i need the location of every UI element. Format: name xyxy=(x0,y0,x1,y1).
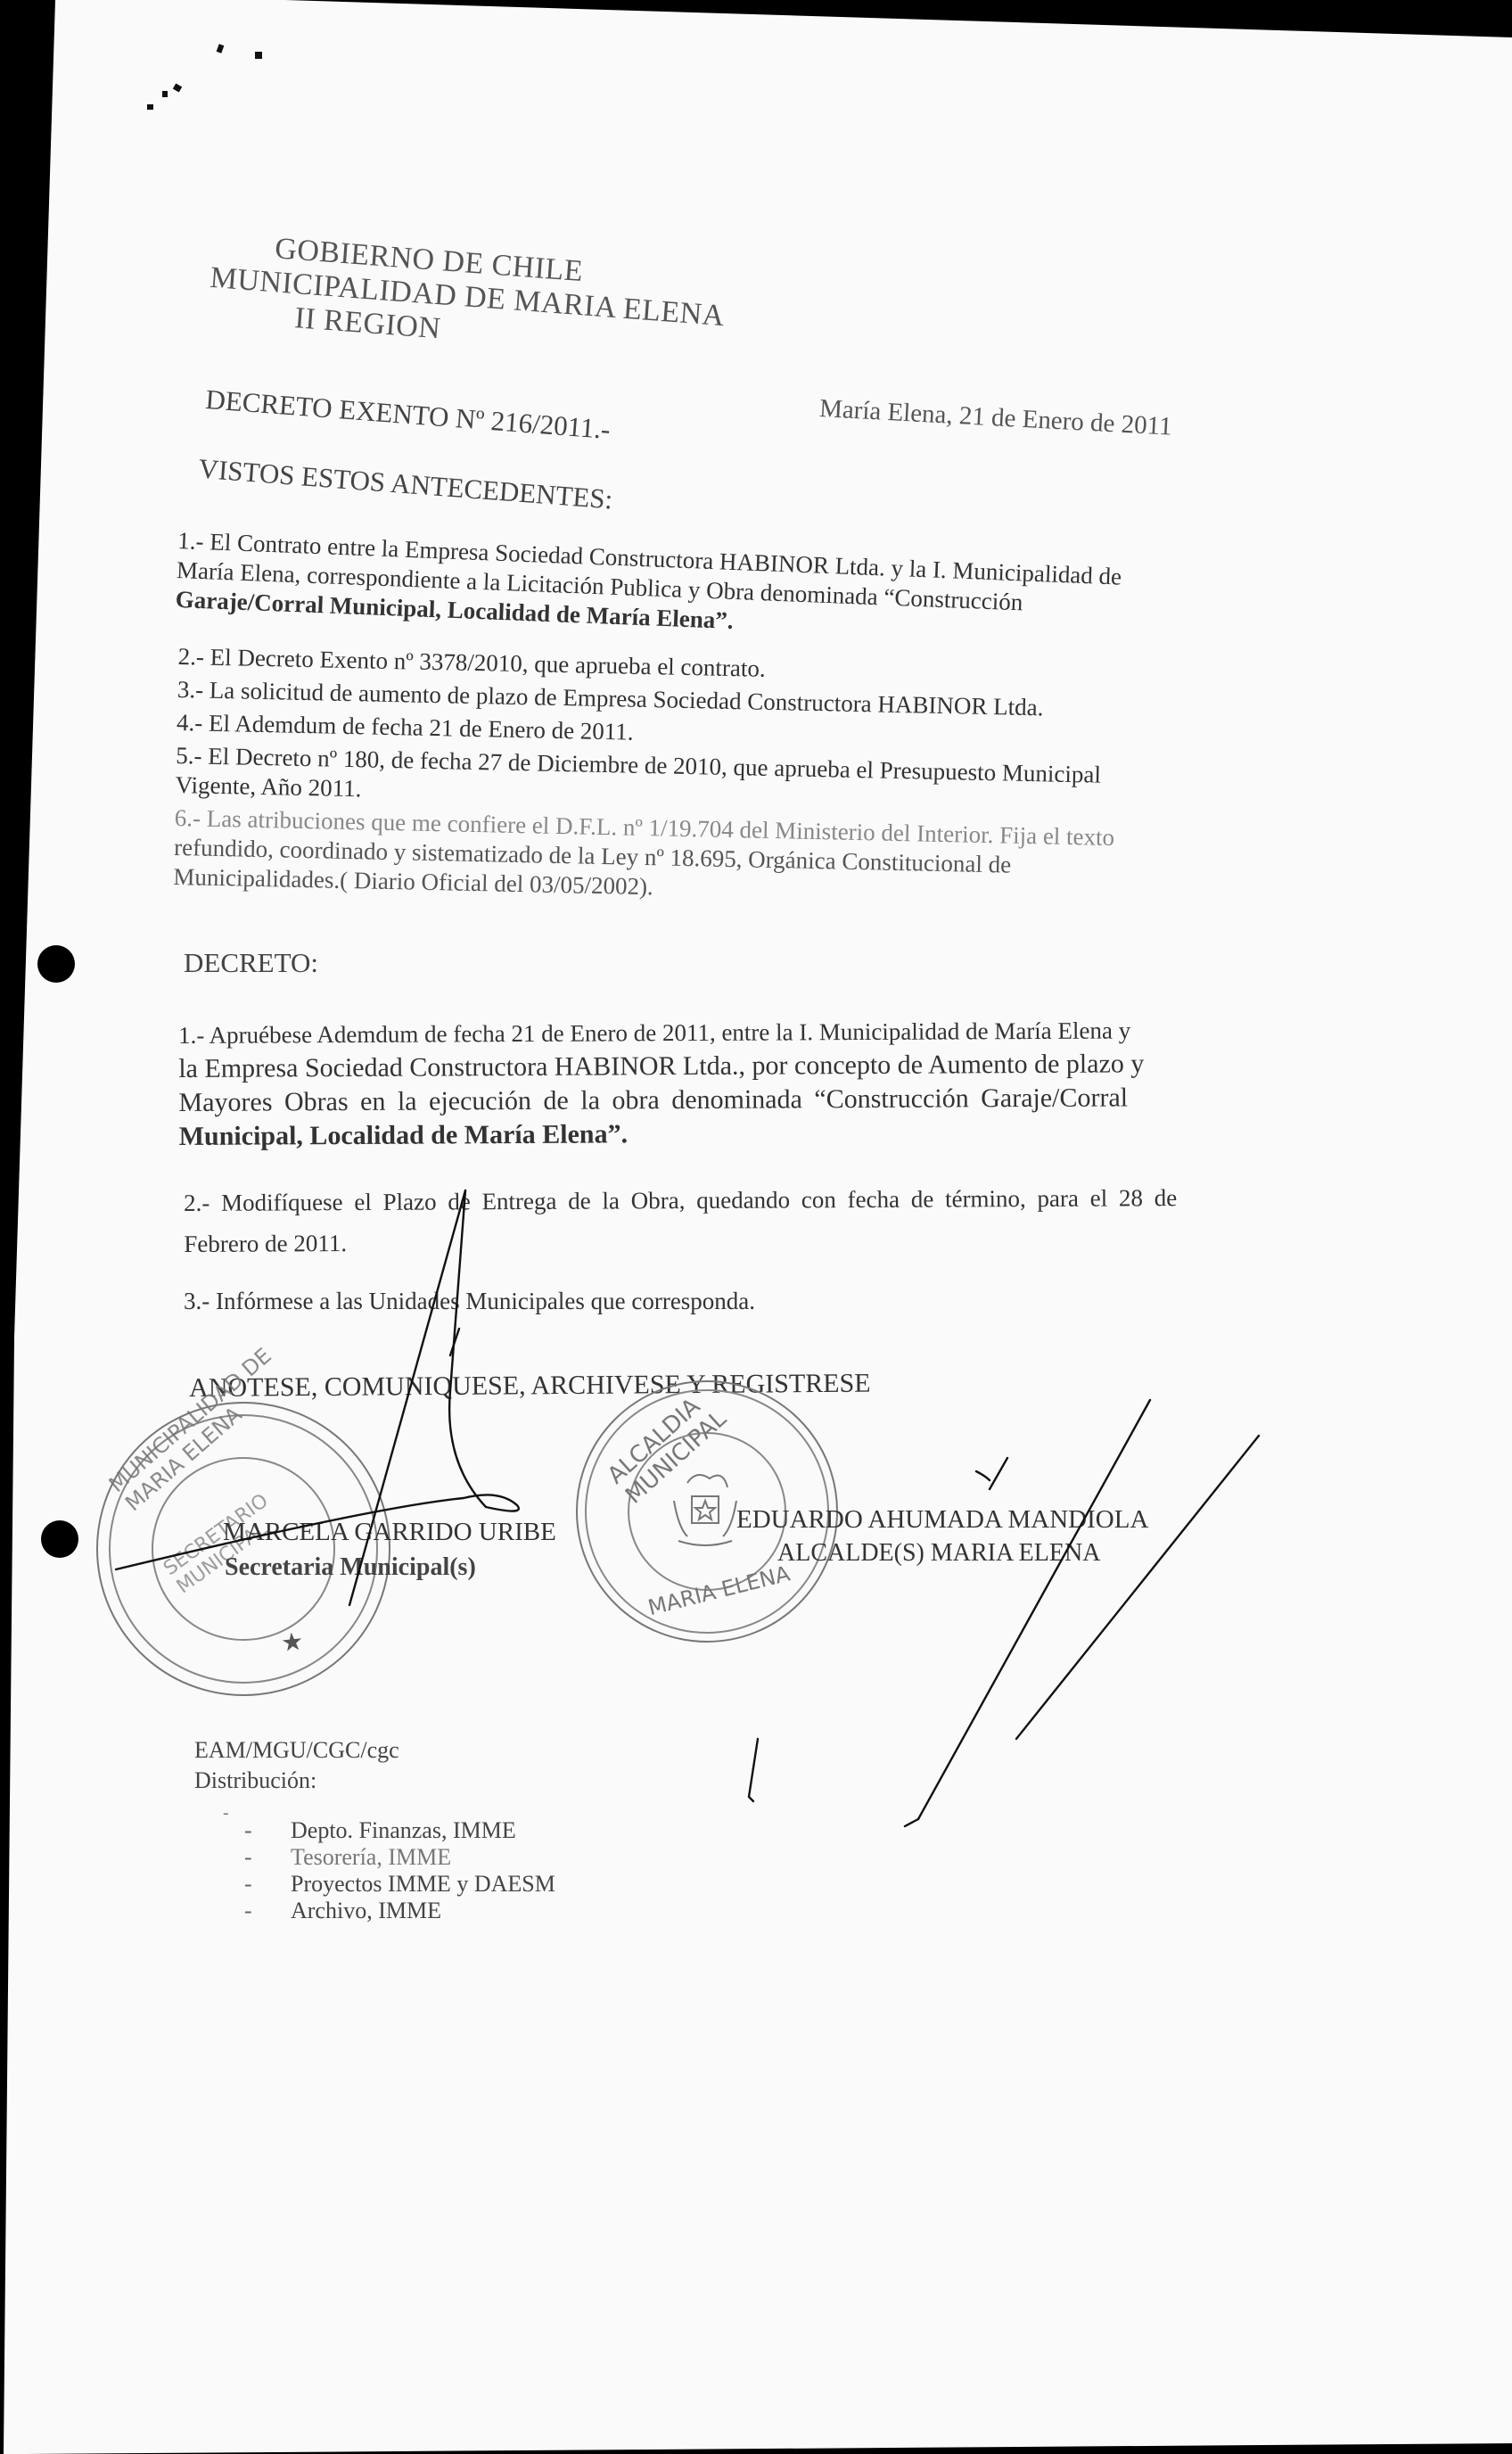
distribution-item: Depto. Finanzas, IMME xyxy=(291,1817,555,1844)
distribution-item: Proyectos IMME y DAESM xyxy=(291,1871,555,1898)
initials: EAM/MGU/CGC/cgc xyxy=(194,1737,399,1764)
signatures xyxy=(0,0,1512,2454)
distribution-item: Tesorería, IMME xyxy=(291,1844,555,1871)
distribution-label: Distribución: xyxy=(194,1767,316,1794)
distribution-bullet-empty: - xyxy=(223,1803,229,1824)
distribution-list: Depto. Finanzas, IMME Tesorería, IMME Pr… xyxy=(291,1817,555,1924)
distribution-item: Archivo, IMME xyxy=(291,1898,555,1924)
